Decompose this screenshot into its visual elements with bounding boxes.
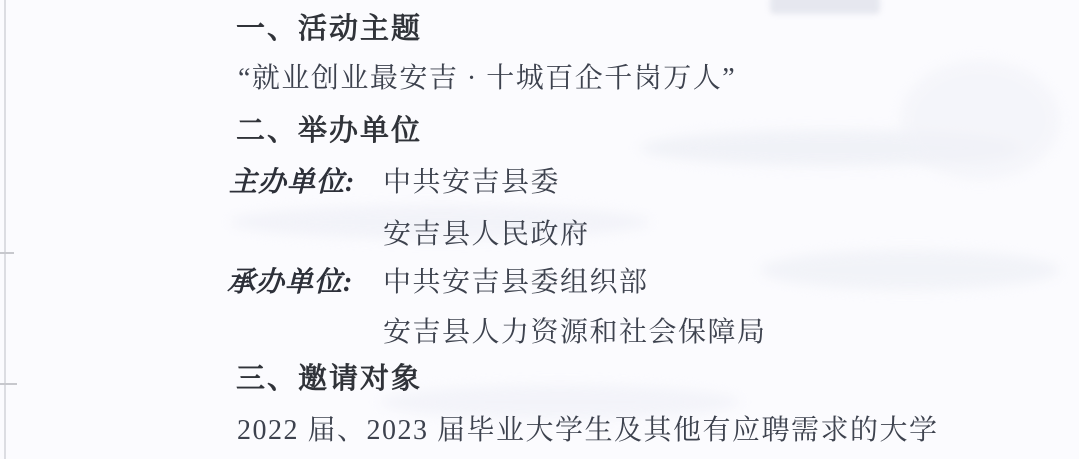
host-org-1: 中共安吉县委 <box>383 160 560 200</box>
scan-bleedthrough-artifact <box>640 130 1020 166</box>
host-org-2: 安吉县人民政府 <box>383 212 590 252</box>
section-heading-organizing-units: 二、举办单位 <box>236 108 422 149</box>
invited-audience-text: 2022 届、2023 届毕业大学生及其他有应聘需求的大学 <box>237 408 939 448</box>
scan-edge-tick <box>0 252 14 254</box>
section-heading-invited-audience: 三、邀请对象 <box>236 356 422 397</box>
organizer-org-1: 中共安吉县委组织部 <box>383 260 649 300</box>
scan-edge-line <box>4 0 6 459</box>
organizer-unit-label: 承办单位: <box>227 260 383 300</box>
scan-bleedthrough-artifact <box>770 0 880 14</box>
organizer-org-2: 安吉县人力资源和社会保障局 <box>383 310 767 350</box>
section-heading-activity-theme: 一、活动主题 <box>236 6 422 47</box>
scan-bleedthrough-artifact <box>760 250 1060 290</box>
host-unit-label: 主办单位: <box>229 160 383 200</box>
organizer-unit-row: 承办单位: 中共安吉县委组织部 <box>227 260 649 300</box>
host-unit-row: 主办单位: 中共安吉县委 <box>229 160 560 200</box>
scan-bleedthrough-artifact <box>900 60 1060 180</box>
scanned-document-page: 一、活动主题 “就业创业最安吉 · 十城百企千岗万人” 二、举办单位 主办单位:… <box>0 0 1079 459</box>
scan-edge-tick <box>0 383 17 385</box>
activity-theme-text: “就业创业最安吉 · 十城百企千岗万人” <box>238 56 736 96</box>
